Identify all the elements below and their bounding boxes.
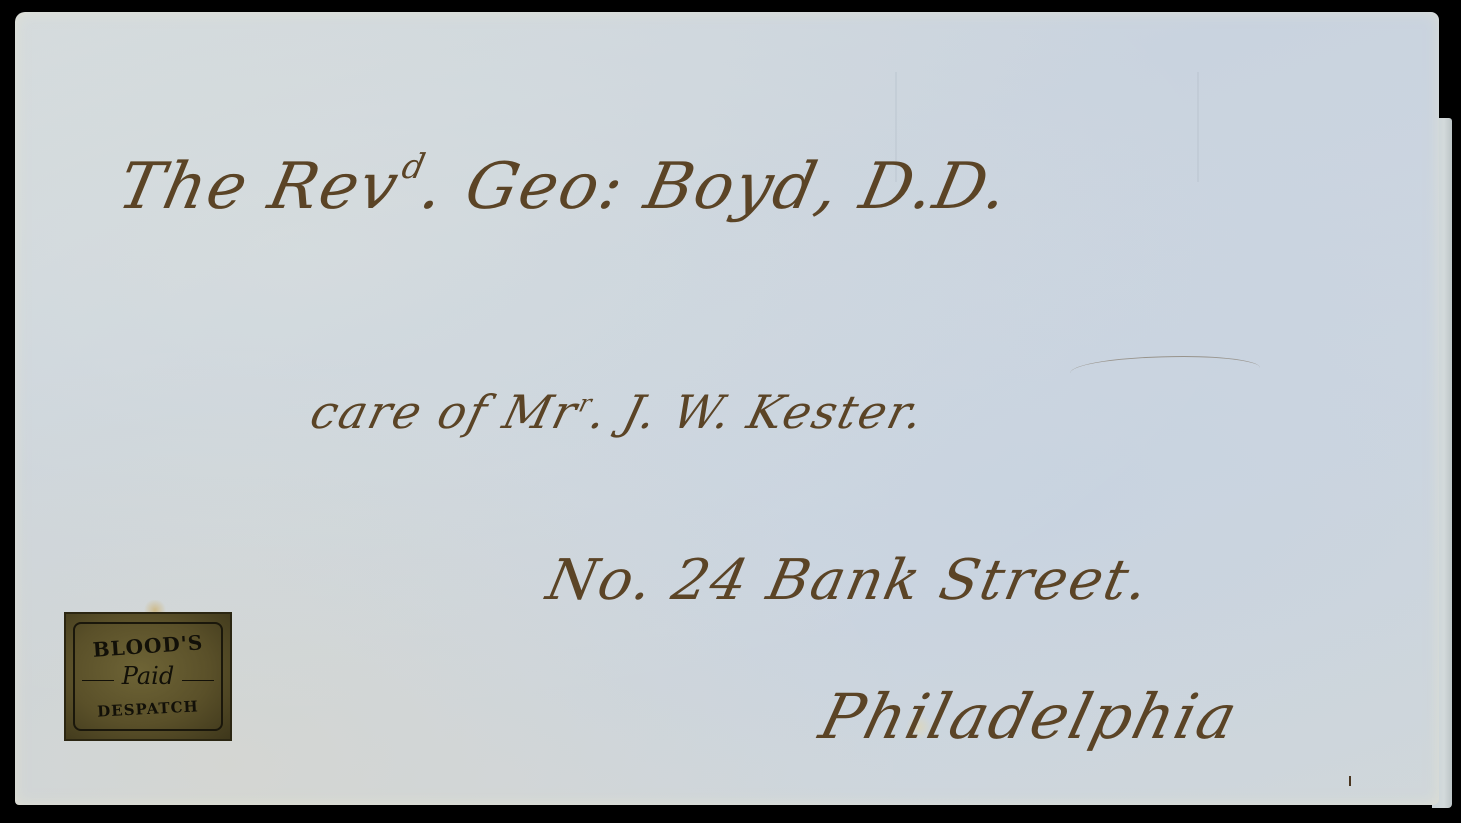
- care-of-label: care of Mr: [305, 385, 584, 439]
- address-line-recipient: The Revd. Geo: Boyd, D.D.: [112, 150, 1016, 224]
- recipient-name: . Geo: Boyd, D.D.: [414, 150, 1016, 224]
- bloods-despatch-stamp: BLOOD'S Paid DESPATCH: [66, 614, 230, 739]
- care-of-name: . J. W. Kester.: [584, 385, 931, 439]
- address-line-city: Philadelphia: [813, 680, 1246, 753]
- ink-mark: [1349, 776, 1351, 786]
- recipient-title: The Rev: [112, 150, 406, 224]
- stamp-paid-text: Paid: [66, 662, 230, 690]
- address-line-care-of: care of Mrr. J. W. Kester.: [305, 385, 930, 439]
- address-line-street: No. 24 Bank Street.: [541, 548, 1156, 613]
